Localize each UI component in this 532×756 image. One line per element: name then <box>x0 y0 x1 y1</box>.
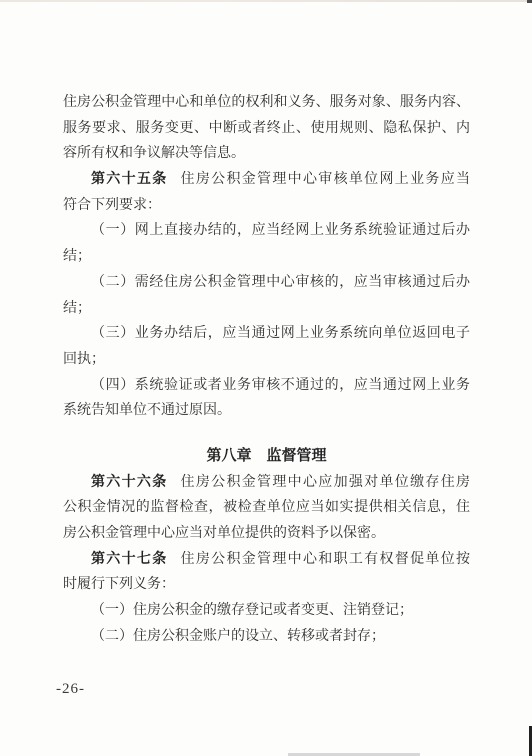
text-line: 系统告知单位不通过原因。 <box>63 398 470 424</box>
text-line: 结； <box>63 244 470 270</box>
page-number: -26- <box>56 681 85 698</box>
text-line: 结； <box>63 296 470 322</box>
text-line: 回执； <box>63 347 470 373</box>
text-line: 住房公积金管理中心和单位的权利和义务、服务对象、服务内容、 <box>63 90 470 116</box>
article-line: 第六十六条住房公积金管理中心应加强对单位缴存住房 <box>63 470 470 496</box>
text-line: 时履行下列义务： <box>63 572 470 598</box>
text-line: （二）住房公积金账户的设立、转移或者封存； <box>63 624 470 650</box>
document-page: 住房公积金管理中心和单位的权利和义务、服务对象、服务内容、服务要求、服务变更、中… <box>0 0 532 756</box>
article-text: 住房公积金管理中心应加强对单位缴存住房 <box>181 475 470 490</box>
scan-artifact-top-edge <box>0 0 532 2</box>
article-number: 第六十五条 <box>91 172 168 187</box>
article-number: 第六十七条 <box>91 552 168 567</box>
chapter-heading: 第八章 监督管理 <box>63 444 470 470</box>
text-line: 房公积金管理中心应当对单位提供的资料予以保密。 <box>63 521 470 547</box>
article-line: 第六十五条住房公积金管理中心审核单位网上业务应当 <box>63 167 470 193</box>
article-line: 第六十七条住房公积金管理中心和职工有权督促单位按 <box>63 547 470 573</box>
text-line: 公积金情况的监督检查，被检查单位应当如实提供相关信息，住 <box>63 495 470 521</box>
text-line: 容所有权和争议解决等信息。 <box>63 141 470 167</box>
text-line: （一）住房公积金的缴存登记或者变更、注销登记； <box>63 598 470 624</box>
text-line: （二）需经住房公积金管理中心审核的，应当审核通过后办 <box>63 270 470 296</box>
article-text: 住房公积金管理中心审核单位网上业务应当 <box>181 172 470 187</box>
text-line: （三）业务办结后，应当通过网上业务系统向单位返回电子 <box>63 321 470 347</box>
article-text: 住房公积金管理中心和职工有权督促单位按 <box>181 552 470 567</box>
text-block: 住房公积金管理中心和单位的权利和义务、服务对象、服务内容、服务要求、服务变更、中… <box>63 90 470 649</box>
text-line: （一）网上直接办结的，应当经网上业务系统验证通过后办 <box>63 218 470 244</box>
text-line: （四）系统验证或者业务审核不通过的，应当通过网上业务 <box>63 373 470 399</box>
scan-artifact-top-right-mark <box>527 0 532 3</box>
text-line: 服务要求、服务变更、中断或者终止、使用规则、隐私保护、内 <box>63 116 470 142</box>
article-number: 第六十六条 <box>91 475 168 490</box>
text-line: 符合下列要求： <box>63 193 470 219</box>
